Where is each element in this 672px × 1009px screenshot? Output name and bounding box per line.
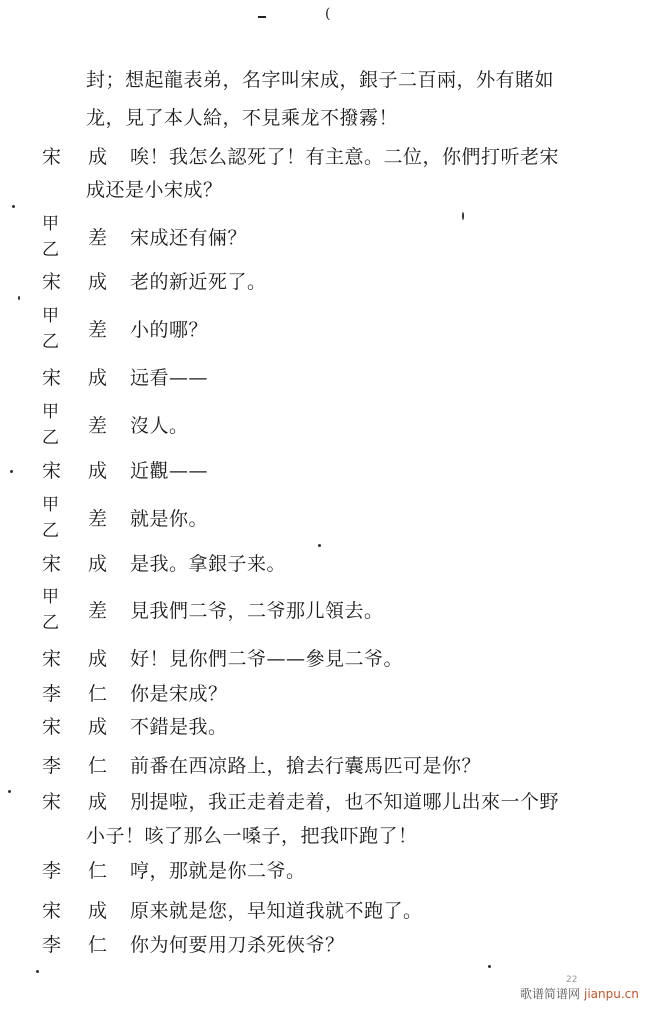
continuation-line: 成还是小宋成？ <box>0 176 672 204</box>
top-dash-mark <box>258 16 266 18</box>
dialogue-line: 李 仁 哼，那就是你二爷。 <box>0 857 672 885</box>
scan-speck <box>18 296 20 300</box>
dialogue-text: 見我們二爷，二爷那儿領去。 <box>130 597 384 625</box>
scanned-script-page: ( 封；想起龍表弟，名字叫宋成，銀子二百兩，外有賭如 龙，見了本人給，不見乘龙不… <box>0 0 672 1009</box>
dialogue-text: 不錯是我。 <box>130 713 228 741</box>
dialogue-line: 甲 乙 差 沒人。 <box>0 412 672 440</box>
dialogue-text: 哼，那就是你二爷。 <box>130 857 306 885</box>
dialogue-text: 好！見你們二爷——參見二爷。 <box>130 645 403 673</box>
continuation-line: 封；想起龍表弟，名字叫宋成，銀子二百兩，外有賭如 <box>0 66 672 94</box>
dialogue-line: 甲 乙 差 宋成还有倆？ <box>0 224 672 252</box>
dialogue-text: 小的哪？ <box>130 316 208 344</box>
scan-speck <box>10 470 13 473</box>
dialogue-text: 成还是小宋成？ <box>86 176 223 204</box>
scan-speck <box>8 790 11 793</box>
dialogue-line: 甲 乙 差 就是你。 <box>0 505 672 533</box>
dialogue-line: 李 仁 你是宋成？ <box>0 680 672 708</box>
dialogue-text: 老的新近死了。 <box>130 268 267 296</box>
dialogue-text: 龙，見了本人給，不見乘龙不撥霧！ <box>86 104 398 132</box>
watermark: 歌谱简谱网jianpu.cn <box>520 985 639 1002</box>
dialogue-line: 甲 乙 差 見我們二爷，二爷那儿領去。 <box>0 597 672 625</box>
dialogue-text: 原来就是您，早知道我就不跑了。 <box>130 897 423 925</box>
dialogue-line: 宋 成 远看—— <box>0 364 672 392</box>
dialogue-line: 宋 成 近觀—— <box>0 457 672 485</box>
dialogue-text: 小子！咳了那么一嗓子，把我吓跑了！ <box>86 822 418 850</box>
dialogue-text: 就是你。 <box>130 505 208 533</box>
dialogue-text: 別提啦，我正走着走着，也不知道哪儿出來一个野 <box>130 788 559 816</box>
dialogue-text: 封；想起龍表弟，名字叫宋成，銀子二百兩，外有賭如 <box>86 66 554 94</box>
scan-speck <box>318 544 321 547</box>
page-number: 22 <box>566 975 577 985</box>
dialogue-line: 宋 成 老的新近死了。 <box>0 268 672 296</box>
dialogue-text: 宋成还有倆？ <box>130 224 247 252</box>
dialogue-text: 前番在西凉路上，搶去行囊馬匹可是你？ <box>130 752 481 780</box>
dialogue-line: 宋 成 原来就是您，早知道我就不跑了。 <box>0 897 672 925</box>
watermark-site-name: 歌谱简谱网 <box>520 987 580 1001</box>
scan-speck <box>36 970 39 973</box>
dialogue-text: 远看—— <box>130 364 208 392</box>
dialogue-line: 宋 成 是我。拿銀子来。 <box>0 550 672 578</box>
dialogue-text: 你是宋成？ <box>130 680 228 708</box>
dialogue-line: 宋 成 不錯是我。 <box>0 713 672 741</box>
watermark-domain: jianpu.cn <box>584 987 639 1001</box>
dialogue-text: 沒人。 <box>130 412 189 440</box>
scan-speck <box>462 212 464 220</box>
scan-speck <box>12 205 15 208</box>
continuation-line: 龙，見了本人給，不見乘龙不撥霧！ <box>0 104 672 132</box>
dialogue-text: 近觀—— <box>130 457 208 485</box>
dialogue-line: 李 仁 前番在西凉路上，搶去行囊馬匹可是你？ <box>0 752 672 780</box>
dialogue-text: 是我。拿銀子来。 <box>130 550 286 578</box>
dialogue-line: 宋 成 好！見你們二爷——參見二爷。 <box>0 645 672 673</box>
dialogue-line: 宋 成 別提啦，我正走着走着，也不知道哪儿出來一个野 <box>0 788 672 816</box>
dialogue-line: 李 仁 你为何要用刀杀死俠爷？ <box>0 931 672 959</box>
dialogue-line: 宋 成 唉！我怎么認死了！有主意。二位，你們打听老宋 <box>0 143 672 171</box>
dialogue-text: 你为何要用刀杀死俠爷？ <box>130 931 345 959</box>
continuation-line: 小子！咳了那么一嗓子，把我吓跑了！ <box>0 822 672 850</box>
scan-speck <box>488 965 491 968</box>
dialogue-text: 唉！我怎么認死了！有主意。二位，你們打听老宋 <box>130 143 559 171</box>
dialogue-line: 甲 乙 差 小的哪？ <box>0 316 672 344</box>
top-paren-mark: ( <box>325 6 330 22</box>
